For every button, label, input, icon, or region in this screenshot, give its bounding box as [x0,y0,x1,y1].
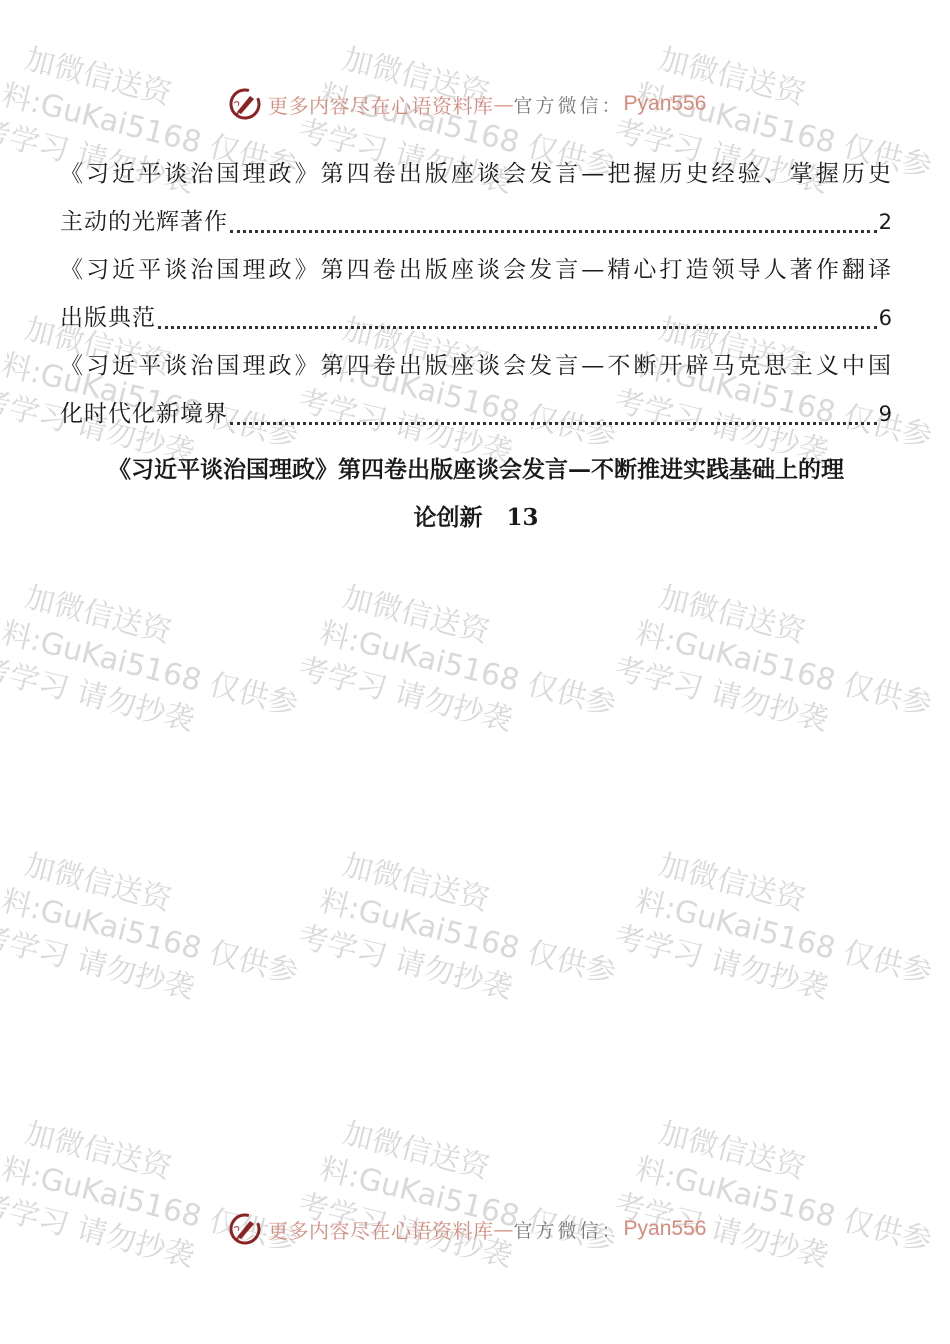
toc-entry-title: 《习近平谈治国理政》第四卷出版座谈会发言—把握历史经验、掌握历史 [60,150,892,198]
dot-leader [158,326,877,329]
pen-nib-logo-icon [228,1212,262,1246]
toc-page-number: 2 [879,198,892,246]
promo-text: 更多内容尽在心语资料库 [268,90,494,119]
heading-page-number: 13 [506,504,538,531]
watermark: 加微信送资料:GuKai5168 仅供参考学习 请勿抄袭 [1,846,360,1045]
wechat-id: Pyan556 [624,92,707,116]
footer-banner: 更多内容尽在心语资料库 — 官方微信： Pyan556 [228,1209,706,1249]
toc-entry[interactable]: 《习近平谈治国理政》第四卷出版座谈会发言—不断开辟马克思主义中国 化时代化新境界… [60,342,892,438]
toc-entry[interactable]: 《习近平谈治国理政》第四卷出版座谈会发言—把握历史经验、掌握历史 主动的光辉著作… [60,150,892,246]
separator-dash: — [494,92,514,116]
toc-entry-title-cont: 化时代化新境界 [60,390,228,438]
dot-leader [230,230,877,233]
toc-entry-title-cont: 主动的光辉著作 [60,198,228,246]
toc-page-number: 9 [879,390,892,438]
toc-entry[interactable]: 《习近平谈治国理政》第四卷出版座谈会发言—精心打造领导人著作翻译 出版典范 6 [60,246,892,342]
promo-text: 更多内容尽在心语资料库 [268,1215,494,1244]
pen-nib-logo-icon [228,87,262,121]
watermark: 加微信送资料:GuKai5168 仅供参考学习 请勿抄袭 [1,578,360,777]
wechat-label: 官方微信： [514,91,624,118]
toc-heading-entry[interactable]: 《习近平谈治国理政》第四卷出版座谈会发言—不断推进实践基础上的理 论创新13 [60,446,892,542]
table-of-contents: 《习近平谈治国理政》第四卷出版座谈会发言—把握历史经验、掌握历史 主动的光辉著作… [60,150,892,438]
heading-title-cont: 论创新 [413,504,482,531]
document-page: 加微信送资料:GuKai5168 仅供参考学习 请勿抄袭 加微信送资料:GuKa… [0,0,950,1344]
heading-title: 《习近平谈治国理政》第四卷出版座谈会发言—不断推进实践基础上的理 [60,446,892,494]
header-banner: 更多内容尽在心语资料库 — 官方微信： Pyan556 [228,84,706,124]
dot-leader [230,422,877,425]
toc-page-number: 6 [879,294,892,342]
watermark: 加微信送资料:GuKai5168 仅供参考学习 请勿抄袭 [319,578,678,777]
wechat-label: 官方微信： [514,1216,624,1243]
toc-entry-title-cont: 出版典范 [60,294,156,342]
watermark: 加微信送资料:GuKai5168 仅供参考学习 请勿抄袭 [635,846,950,1045]
watermark: 加微信送资料:GuKai5168 仅供参考学习 请勿抄袭 [635,578,950,777]
watermark: 加微信送资料:GuKai5168 仅供参考学习 请勿抄袭 [319,846,678,1045]
wechat-id: Pyan556 [624,1217,707,1241]
toc-entry-title: 《习近平谈治国理政》第四卷出版座谈会发言—精心打造领导人著作翻译 [60,246,892,294]
separator-dash: — [494,1217,514,1241]
toc-entry-title: 《习近平谈治国理政》第四卷出版座谈会发言—不断开辟马克思主义中国 [60,342,892,390]
